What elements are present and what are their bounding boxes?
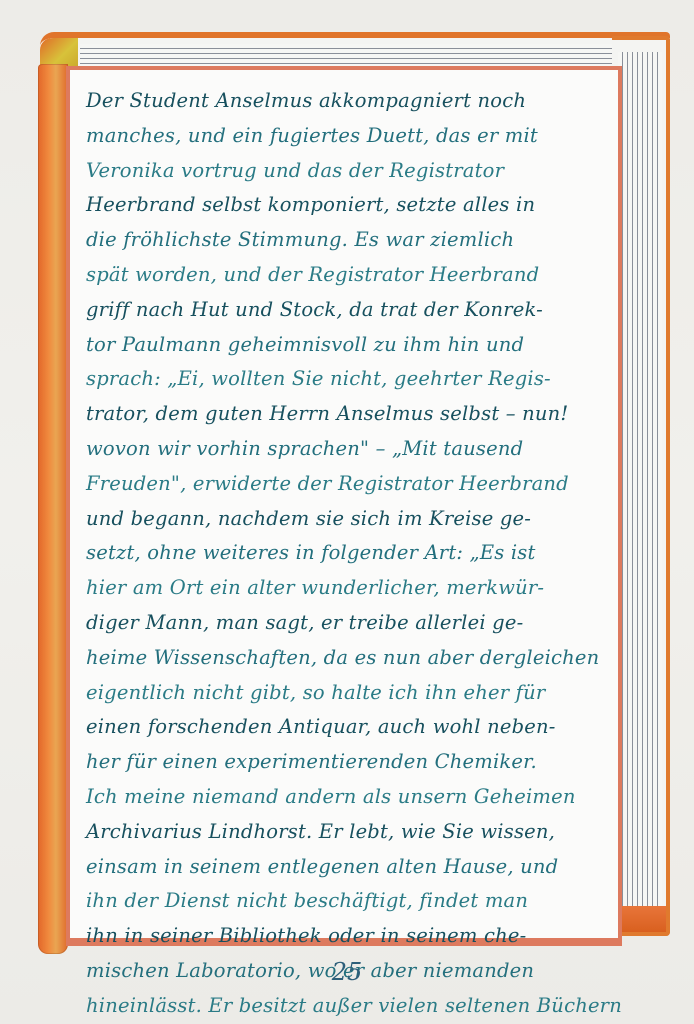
text-line: eigentlich nicht gibt, so halte ich ihn … <box>86 676 614 711</box>
top-page-lines <box>80 44 630 68</box>
text-line: ihn in seiner Bibliothek oder in seinem … <box>86 919 614 954</box>
fore-edge-page-lines <box>618 52 662 906</box>
text-line: einen forschenden Antiquar, auch wohl ne… <box>86 710 614 745</box>
text-line: Ich meine niemand andern als unsern Gehe… <box>86 780 614 815</box>
page-number: 25 <box>0 958 694 986</box>
book-page: Der Student Anselmus akkompagniert noch … <box>66 66 622 946</box>
text-line: manches, und ein fugiertes Duett, das er… <box>86 119 614 154</box>
text-line: Heerbrand selbst komponiert, setzte alle… <box>86 188 614 223</box>
text-line: hier am Ort ein alter wunderlicher, merk… <box>86 571 614 606</box>
text-line: setzt, ohne weiteres in folgender Art: „… <box>86 536 614 571</box>
book-spine <box>38 64 68 954</box>
text-line: und begann, nachdem sie sich im Kreise g… <box>86 502 614 537</box>
text-line: hineinlässt. Er besitzt außer vielen sel… <box>86 989 614 1024</box>
text-line: Archivarius Lindhorst. Er lebt, wie Sie … <box>86 815 614 850</box>
text-line: ihn der Dienst nicht beschäftigt, findet… <box>86 884 614 919</box>
paper-background: Der Student Anselmus akkompagniert noch … <box>0 0 694 1024</box>
text-line: heime Wissenschaften, da es nun aber der… <box>86 641 614 676</box>
text-line: einsam in seinem entlegenen alten Hause,… <box>86 850 614 885</box>
text-line: Der Student Anselmus akkompagniert noch <box>86 84 614 119</box>
text-line: die fröhlichste Stimmung. Es war ziemlic… <box>86 223 614 258</box>
text-line: tor Paulmann geheimnisvoll zu ihm hin un… <box>86 328 614 363</box>
text-line: diger Mann, man sagt, er treibe allerlei… <box>86 606 614 641</box>
text-line: Veronika vortrug und das der Registrator <box>86 154 614 189</box>
handwritten-text-block: Der Student Anselmus akkompagniert noch … <box>70 70 618 938</box>
text-line: her für einen experimentierenden Chemike… <box>86 745 614 780</box>
text-line: trator, dem guten Herrn Anselmus selbst … <box>86 397 614 432</box>
text-line: spät worden, und der Registrator Heerbra… <box>86 258 614 293</box>
text-line: Freuden", erwiderte der Registrator Heer… <box>86 467 614 502</box>
text-line: wovon wir vorhin sprachen" – „Mit tausen… <box>86 432 614 467</box>
text-line: sprach: „Ei, wollten Sie nicht, geehrter… <box>86 362 614 397</box>
text-line: griff nach Hut und Stock, da trat der Ko… <box>86 293 614 328</box>
